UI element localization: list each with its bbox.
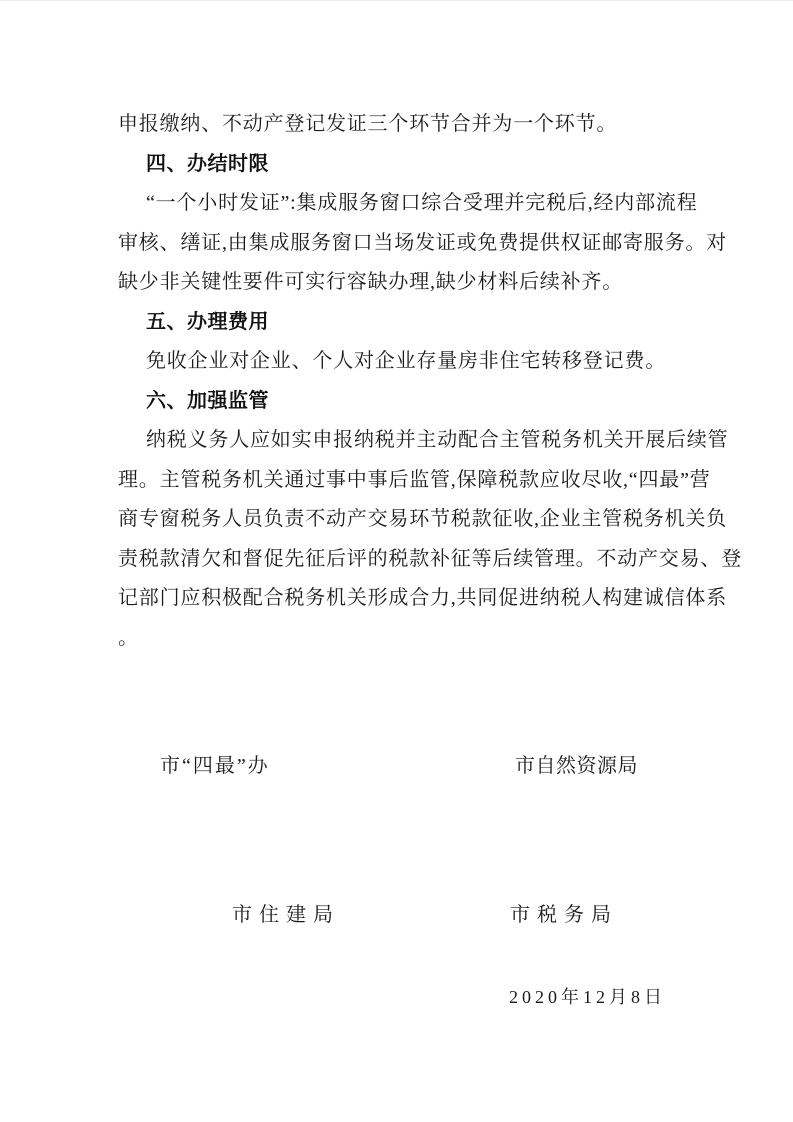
- text-line: 免收企业对企业、个人对企业存量房非住宅转移登记费。: [118, 342, 714, 382]
- text-line: 商专窗税务人员负责不动产交易环节税款征收,企业主管税务机关负: [118, 500, 714, 540]
- signature-natural-resources-bureau: 市自然资源局: [515, 754, 638, 778]
- document-body: 申报缴纳、不动产登记发证三个环节合并为一个环节。四、办结时限“一个小时发证”:集…: [118, 105, 714, 658]
- text-line: 审核、缮证,由集成服务窗口当场发证或免费提供权证邮寄服务。对: [118, 224, 714, 264]
- document-date: 2020年12月8日: [509, 986, 666, 1008]
- text-line: “一个小时发证”:集成服务窗口综合受理并完税后,经内部流程: [118, 184, 714, 224]
- signature-tax-bureau: 市税务局: [510, 903, 618, 927]
- text-line: 申报缴纳、不动产登记发证三个环节合并为一个环节。: [118, 105, 714, 145]
- signature-housing-construction-bureau: 市住建局: [232, 903, 340, 927]
- section-heading: 六、加强监管: [118, 382, 714, 422]
- text-line: 责税款清欠和督促先征后评的税款补征等后续管理。不动产交易、登: [118, 540, 714, 580]
- section-heading: 五、办理费用: [118, 303, 714, 343]
- text-line: 纳税义务人应如实申报纳税并主动配合主管税务机关开展后续管: [118, 421, 714, 461]
- document-page: 申报缴纳、不动产登记发证三个环节合并为一个环节。四、办结时限“一个小时发证”:集…: [0, 0, 793, 1122]
- text-line: 缺少非关键性要件可实行容缺办理,缺少材料后续补齐。: [118, 263, 714, 303]
- signature-sizui-office: 市“四最”办: [160, 754, 270, 778]
- text-line: 理。主管税务机关通过事中事后监管,保障税款应收尽收,“四最”营: [118, 461, 714, 501]
- text-line: 记部门应积极配合税务机关形成合力,共同促进纳税人构建诚信体系: [118, 579, 714, 619]
- text-line: 。: [118, 619, 714, 659]
- section-heading: 四、办结时限: [118, 145, 714, 185]
